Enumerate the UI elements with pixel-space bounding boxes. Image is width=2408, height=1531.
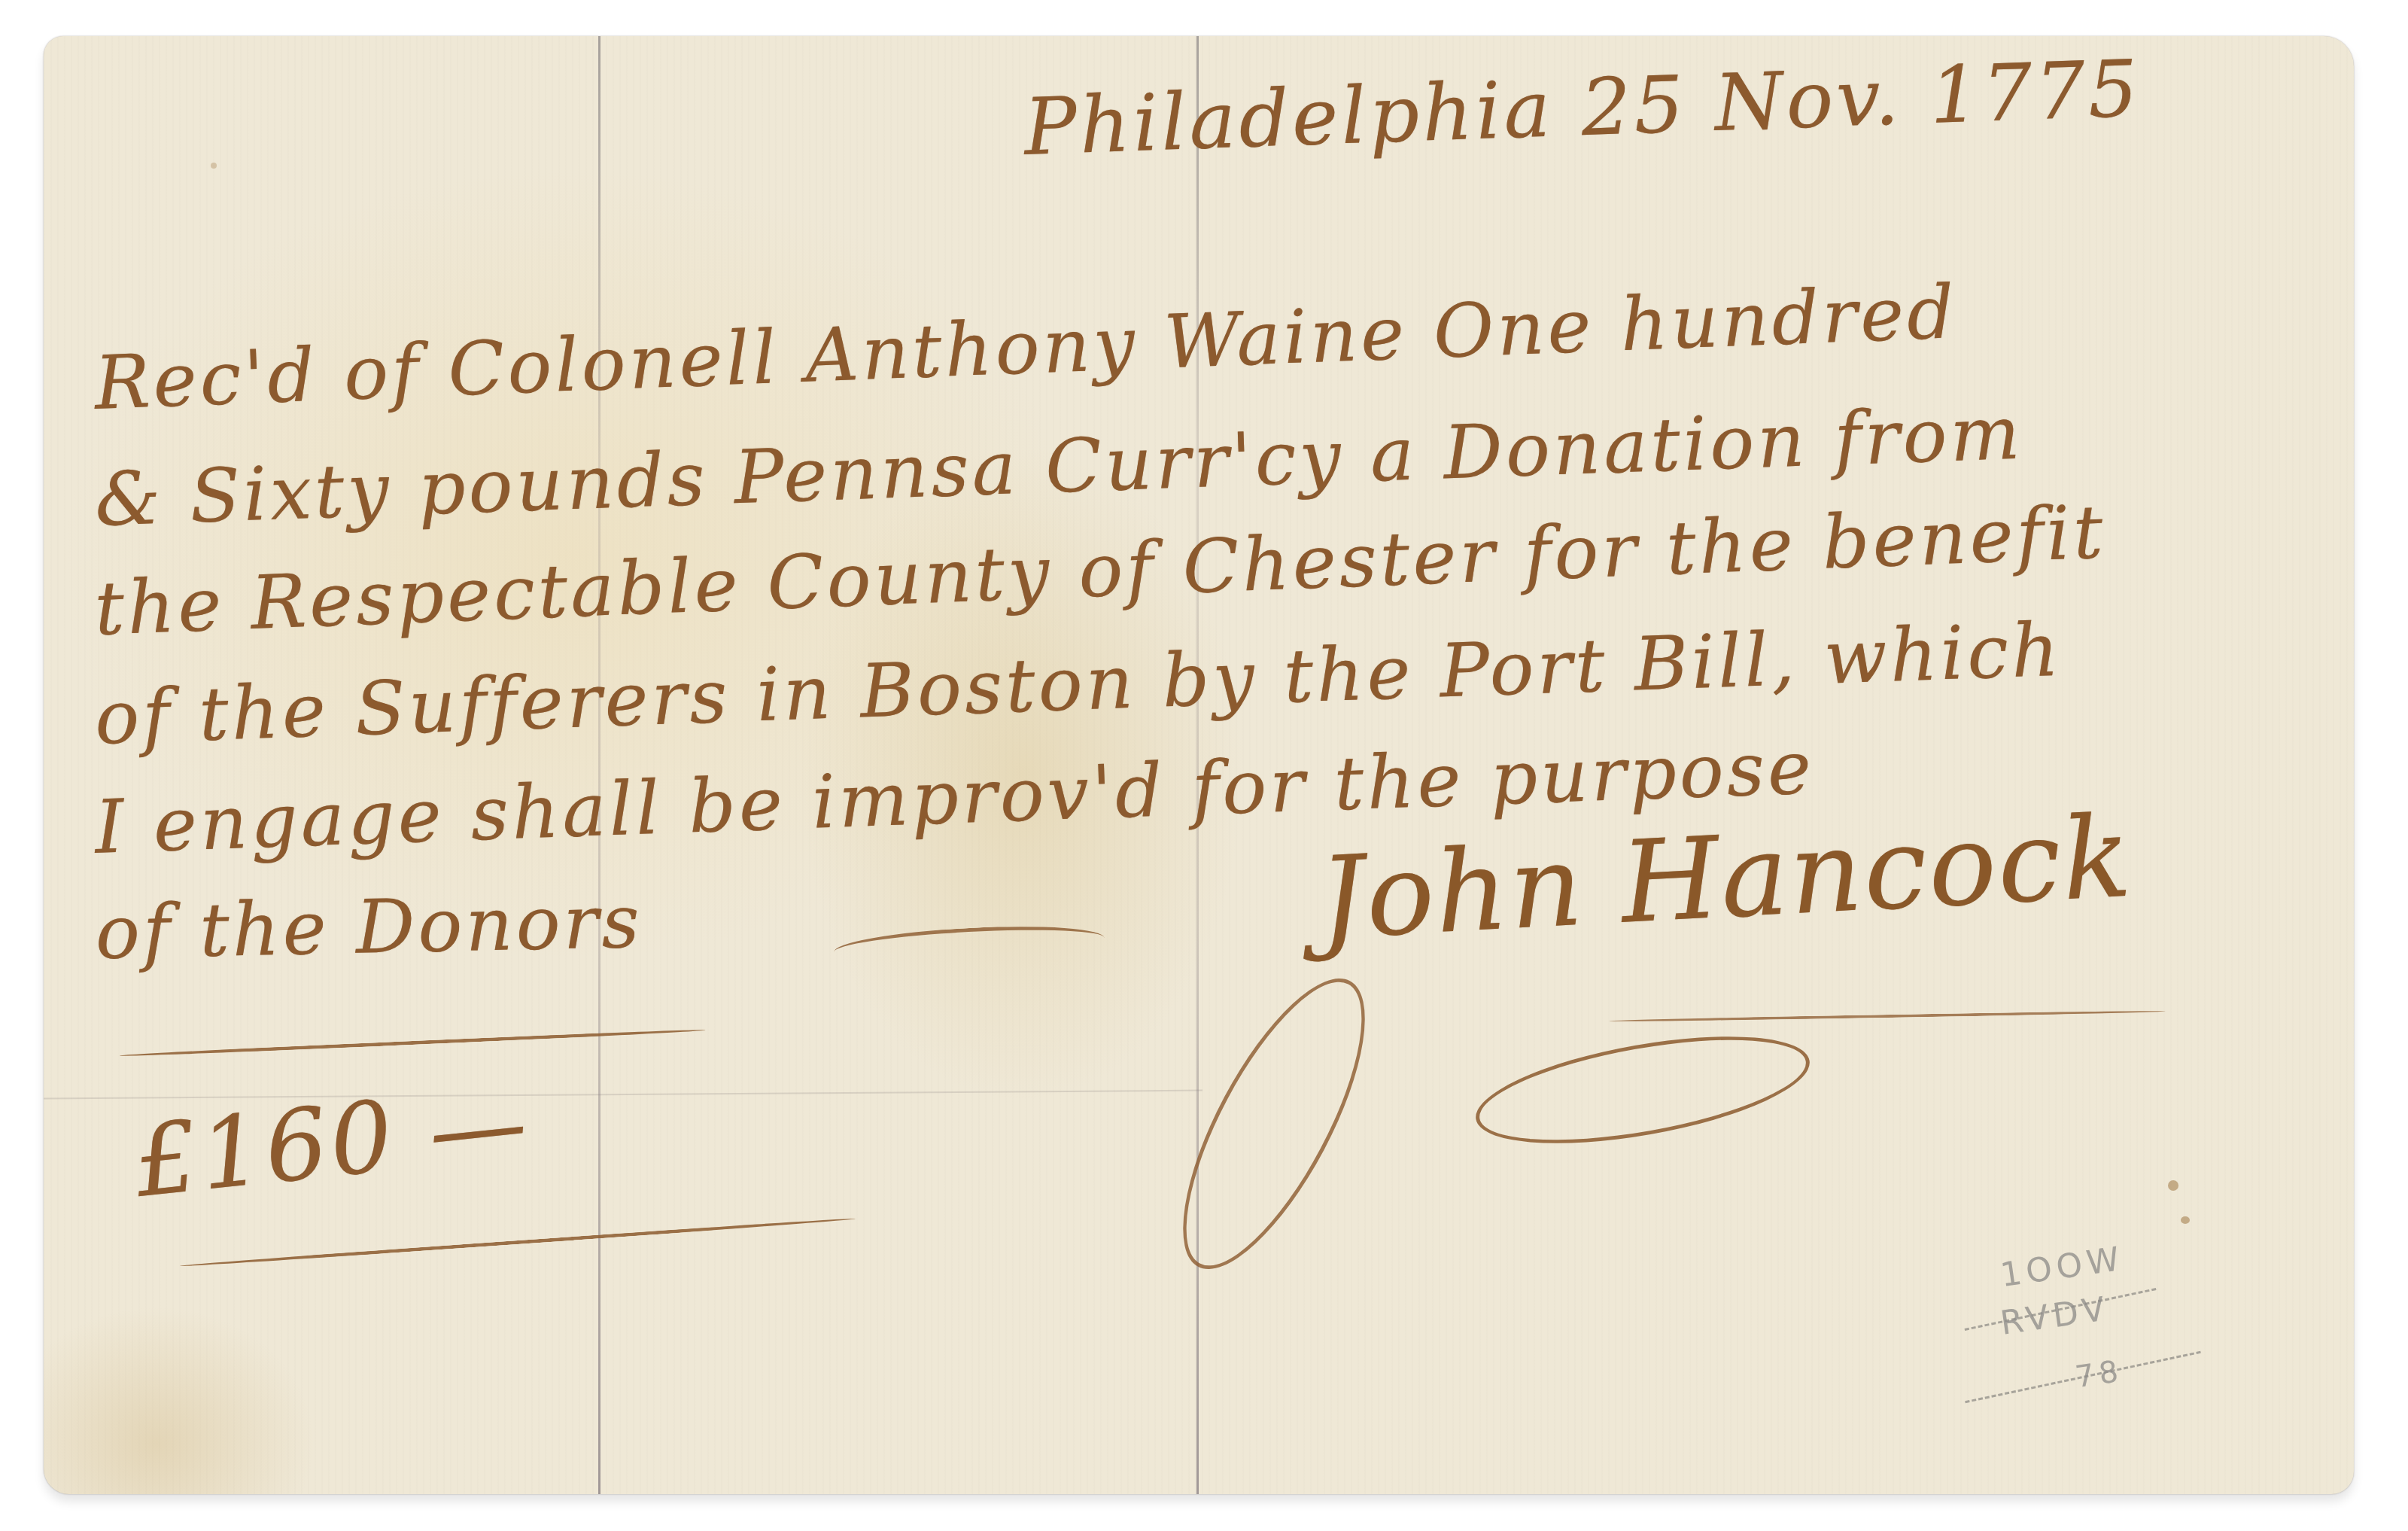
amount-rule-top <box>119 1028 705 1058</box>
foxing-spot <box>2168 1180 2178 1191</box>
amount-rule-bottom <box>180 1217 856 1268</box>
dateline: Philadelphia 25 Nov. 1775 <box>1023 42 2142 173</box>
signature-paraph-flourish <box>1468 1016 1817 1164</box>
signature-underline <box>1609 1010 2166 1023</box>
document-paper: Philadelphia 25 Nov. 1775 Rec'd of Colon… <box>44 36 2354 1494</box>
signature-loop-flourish <box>1148 954 1400 1293</box>
amount: £160 — <box>129 1064 535 1219</box>
line-end-flourish <box>833 921 1105 969</box>
foxing-spot <box>211 163 217 169</box>
body-line-6: of the Donors <box>95 879 643 976</box>
pencil-notation-3: 78 <box>2073 1354 2125 1395</box>
pencil-notation-1: 1OOW <box>1998 1240 2126 1295</box>
foxing-spot <box>2181 1216 2190 1224</box>
pencil-notation-2: RVDV <box>1998 1289 2112 1343</box>
fold-line-left <box>598 36 600 1494</box>
